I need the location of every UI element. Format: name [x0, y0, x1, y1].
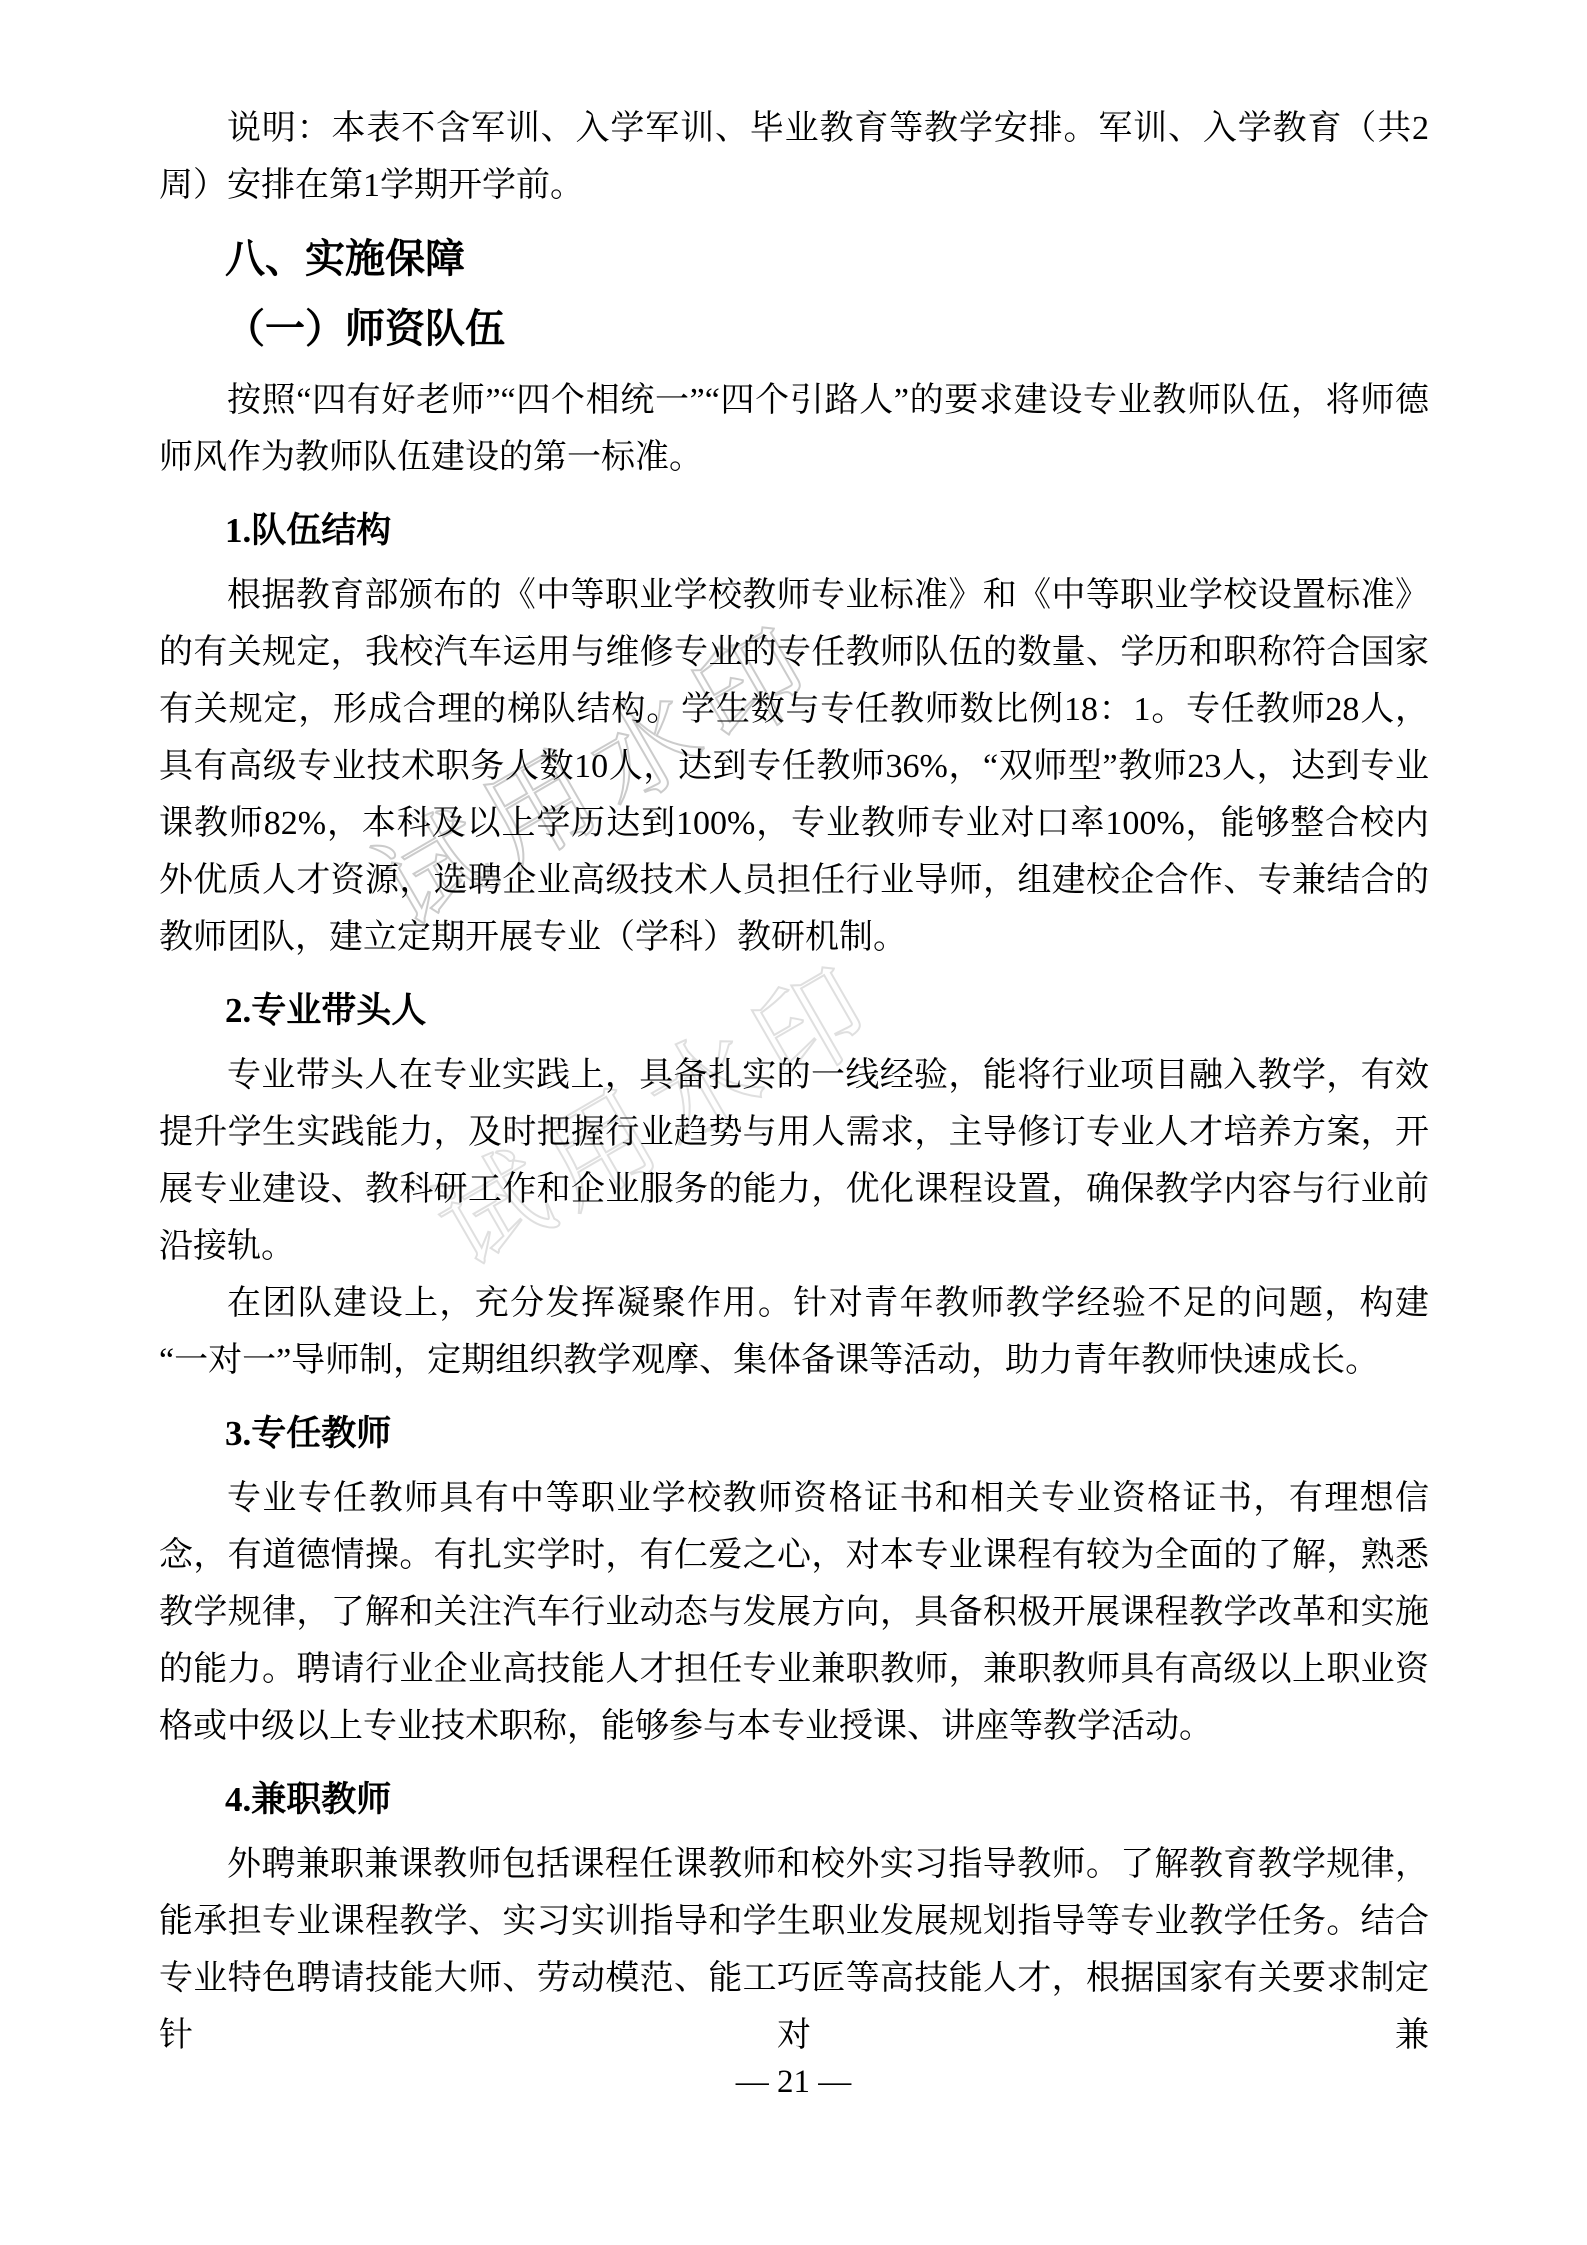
document-page: 试用水印 试用水印 说明：本表不含军训、入学军训、毕业教育等教学安排。军训、入学…	[0, 0, 1587, 2245]
subheading-fulltime-teachers: 3.专任教师	[159, 1405, 1429, 1462]
page-number: — 21 —	[0, 2062, 1587, 2102]
subheading-team-structure: 1.队伍结构	[159, 502, 1429, 559]
subsection-heading-teachers: （一）师资队伍	[159, 300, 1429, 358]
document-body: 说明：本表不含军训、入学军训、毕业教育等教学安排。军训、入学教育（共2周）安排在…	[159, 100, 1429, 2064]
fulltime-teachers-paragraph: 专业专任教师具有中等职业学校教师资格证书和相关专业资格证书，有理想信念，有道德情…	[159, 1470, 1429, 1755]
team-structure-paragraph: 根据教育部颁布的《中等职业学校教师专业标准》和《中等职业学校设置标准》的有关规定…	[159, 567, 1429, 966]
parttime-teachers-paragraph: 外聘兼职兼课教师包括课程任课教师和校外实习指导教师。了解教育教学规律，能承担专业…	[159, 1836, 1429, 2064]
section-heading-8: 八、实施保障	[159, 230, 1429, 288]
program-leader-paragraph-1: 专业带头人在专业实践上，具备扎实的一线经验，能将行业项目融入教学，有效提升学生实…	[159, 1047, 1429, 1275]
subheading-program-leader: 2.专业带头人	[159, 982, 1429, 1039]
teachers-intro-paragraph: 按照“四有好老师”“四个相统一”“四个引路人”的要求建设专业教师队伍，将师德师风…	[159, 372, 1429, 486]
program-leader-paragraph-2: 在团队建设上，充分发挥凝聚作用。针对青年教师教学经验不足的问题，构建“一对一”导…	[159, 1275, 1429, 1389]
subheading-parttime-teachers: 4.兼职教师	[159, 1771, 1429, 1828]
table-note-paragraph: 说明：本表不含军训、入学军训、毕业教育等教学安排。军训、入学教育（共2周）安排在…	[159, 100, 1429, 214]
